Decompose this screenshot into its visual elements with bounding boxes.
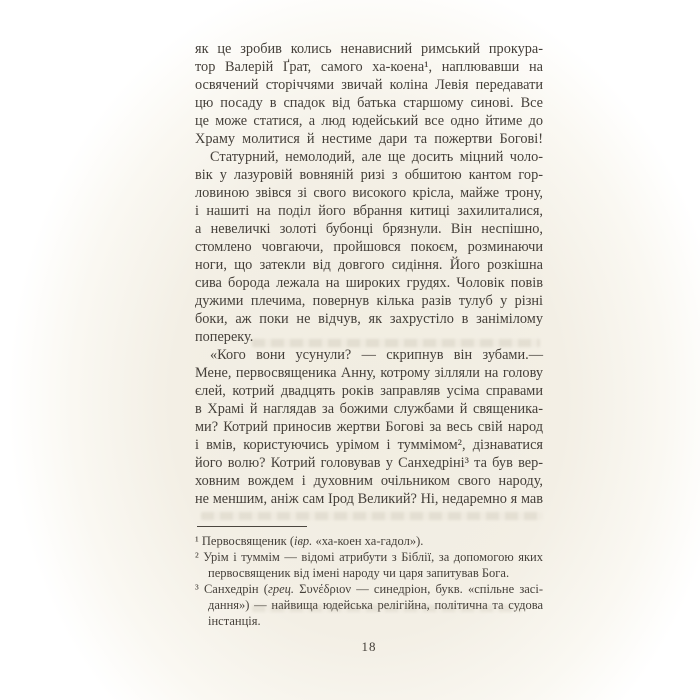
show-through-smudge [252, 605, 522, 612]
body-line: ховним вождем і духовним очільником свог… [195, 472, 543, 490]
footnote-line: ² Урім і туммім — відомі атрибути з Бібл… [195, 549, 543, 565]
body-line: тор Валерій Ґрат, самого ха-коена¹, напл… [195, 58, 543, 76]
body-line: а невеличкі золоті бубонці брязнули. Він… [195, 220, 543, 238]
body-line: боки, аж поки не відчув, як захрустіло в… [195, 310, 543, 328]
body-line: Мене, первосвященика Анну, котрому зілля… [195, 364, 543, 382]
show-through-smudge [201, 512, 543, 520]
footnote-line: первосвященик від імені народу чи царя з… [195, 565, 543, 581]
footnotes: ¹ Первосвященик (івр. «ха-коен ха-гадол»… [195, 533, 543, 629]
footnote-line: інстанція. [195, 613, 543, 629]
footnote-line: ³ Санхедрін (грец. Συνέδριον — синедріон… [195, 581, 543, 597]
show-through-smudge [252, 339, 540, 347]
body-line: дужими плечима, повернув кілька разів ту… [195, 292, 543, 310]
body-line: «Кого вони усунули? — скрипнув він зубам… [195, 346, 543, 364]
body-line: Статурний, немолодий, але ще досить міцн… [195, 148, 543, 166]
body-line: стомлено човгаючи, пройшовся покоєм, роз… [195, 238, 543, 256]
footnote-line: ¹ Первосвященик (івр. «ха-коен ха-гадол»… [195, 533, 543, 549]
body-line: цю посаду в спадок від батька старшому с… [195, 94, 543, 112]
body-line: освячений сторіччями звичай коліна Левія… [195, 76, 543, 94]
body-line: це може статися, а люд юдейський все одн… [195, 112, 543, 130]
body-line: ноги, що затекли від довгого сидіння. Йо… [195, 256, 543, 274]
body-line: і вмів, користуючись урімом і туммімом²,… [195, 436, 543, 454]
body-line: як це зробив колись ненависний римський … [195, 40, 543, 58]
body-line: Храму молитися й нестиме дари та пожертв… [195, 130, 543, 148]
body-line: і нашиті на поділ його вбрання китиці за… [195, 202, 543, 220]
body-line: не меншим, аніж сам Ірод Великий? Ні, не… [195, 490, 543, 508]
body-line: його волю? Котрий головував у Санхедріні… [195, 454, 543, 472]
body-line: ловиною звівся зі свого високого крісла,… [195, 184, 543, 202]
page-number: 18 [195, 639, 543, 655]
body-line: в Храмі й наглядав за божими службами й … [195, 400, 543, 418]
body-text: як це зробив колись ненависний римський … [195, 40, 543, 508]
body-line: вік у лазуровій вовняній ризі з обшитою … [195, 166, 543, 184]
book-page: як це зробив колись ненависний римський … [0, 0, 700, 700]
body-line: єлей, котрий двадцять років заправляв ус… [195, 382, 543, 400]
body-line: сива борода лежала на широких грудях. Чо… [195, 274, 543, 292]
body-line: ми? Котрий приносив жертви Богові за вес… [195, 418, 543, 436]
footnote-separator [197, 526, 307, 527]
